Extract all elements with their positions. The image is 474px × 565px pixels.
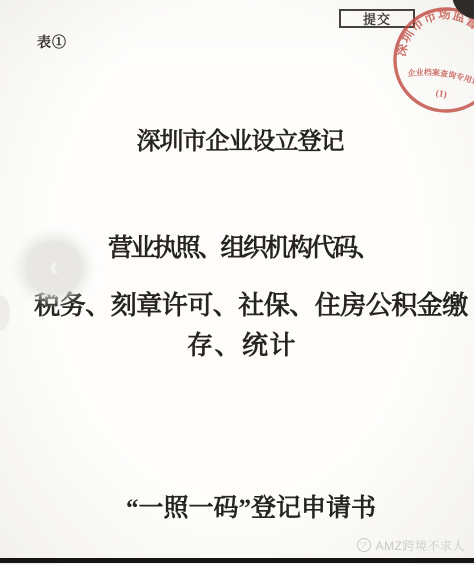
seal-inner-text: 企业档案查询专用章: [406, 63, 474, 88]
corner-dark-circle: [452, 0, 474, 19]
chevron-left-icon: ‹: [49, 252, 59, 282]
document-body-line-2: 税务、刻章许可、社保、住房公积金缴: [14, 285, 474, 322]
document-subtitle: “一照一码”登记申请书: [14, 488, 474, 524]
svg-text:企业档案查询专用章: 企业档案查询专用章: [406, 63, 474, 88]
watermark-text: AMZ跨境不求人: [376, 537, 465, 554]
previous-image-button[interactable]: ‹: [26, 241, 82, 295]
document-page: 表① 提交 深圳市市场监督管理局 企业档案查询专用章 (1) 深圳市企业设立登记…: [0, 0, 474, 565]
watermark: ツ AMZ跨境不求人: [357, 537, 465, 553]
seal-number: (1): [435, 88, 448, 100]
submit-button[interactable]: 提交: [339, 9, 415, 28]
document-body-line-3: 存、统计: [5, 325, 474, 362]
form-number-label: 表①: [37, 32, 67, 52]
smiley-logo-icon: ツ: [357, 538, 371, 552]
bottom-black-bar: [0, 558, 474, 563]
document-title: 深圳市企业设立登记: [3, 121, 474, 156]
